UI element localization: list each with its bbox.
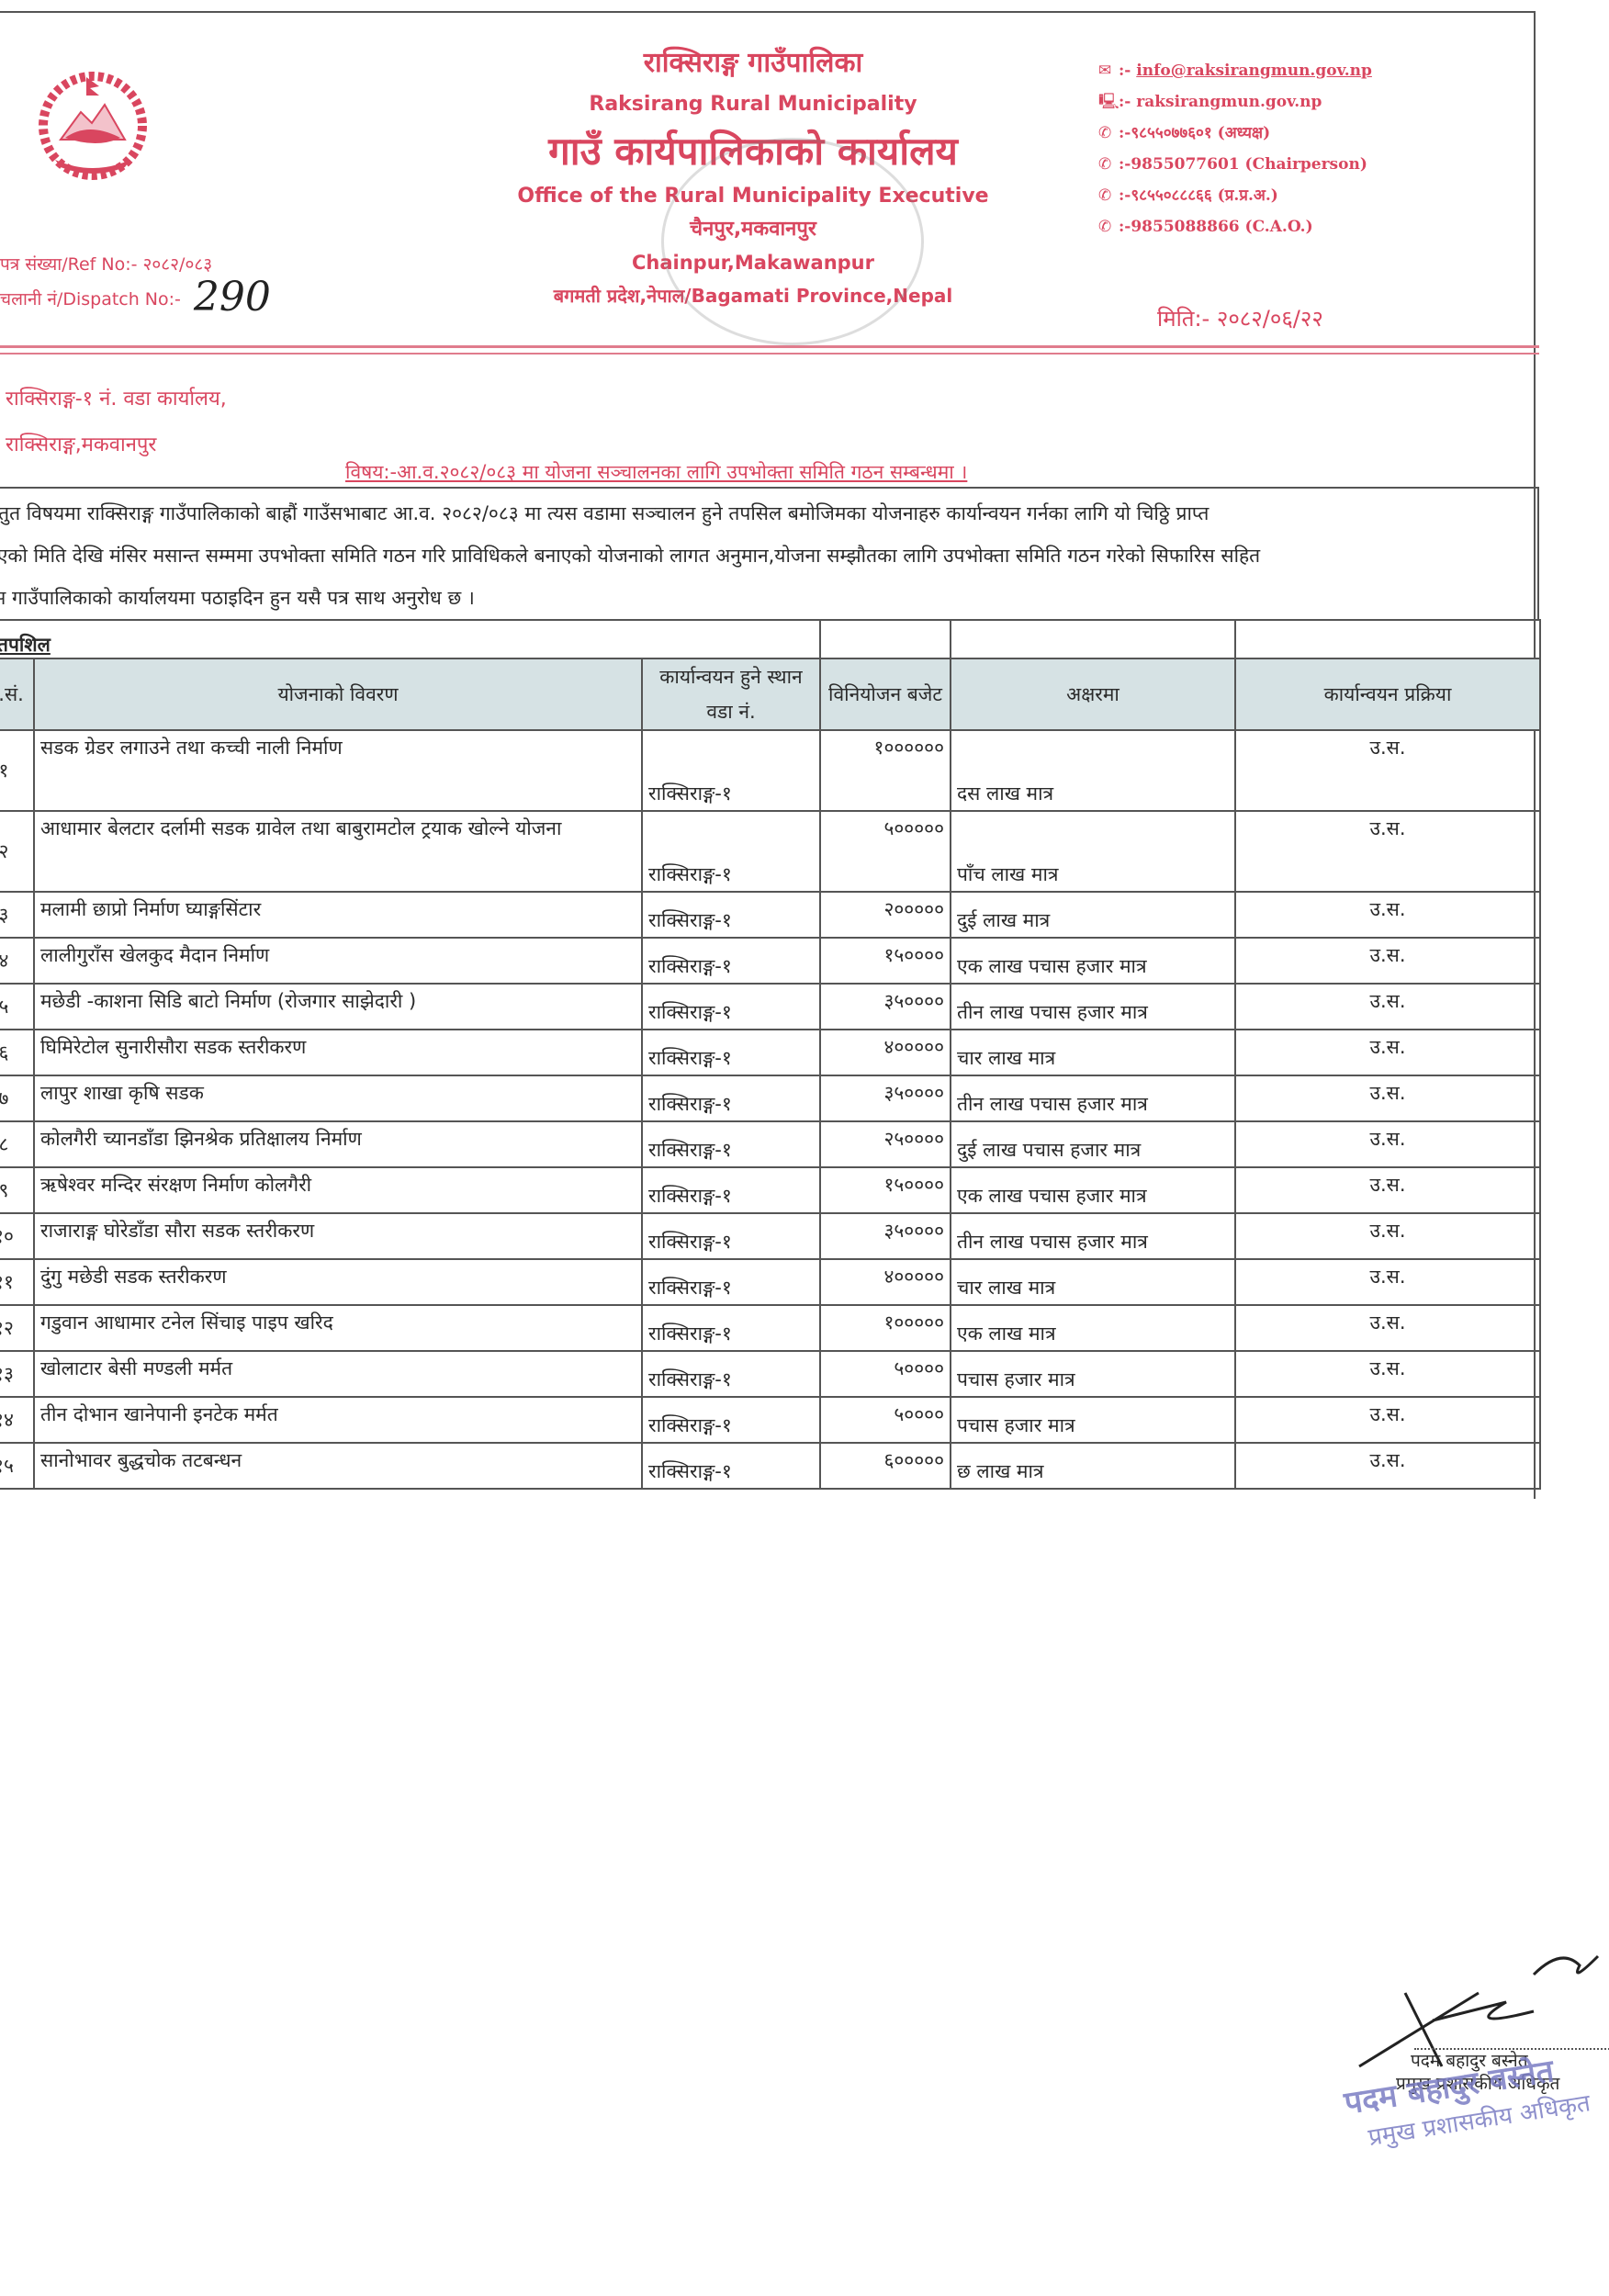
cell-description: सडक ग्रेडर लगाउने तथा कच्ची नाली निर्माण: [34, 730, 642, 811]
cell-budget: ४०००००: [820, 1259, 951, 1305]
phone-icon: ✆: [1098, 118, 1119, 149]
cell-ward: राक्सिराङ्ग-१: [642, 1075, 820, 1121]
cell-ward: राक्सिराङ्ग-१: [642, 1351, 820, 1397]
cell-description: तीन दोभान खानेपानी इनटेक मर्मत: [34, 1397, 642, 1443]
cell-process: उ.स.: [1235, 1397, 1540, 1443]
contact-email-row: ✉:- info@raksirangmun.gov.np: [1098, 55, 1372, 86]
cell-sn: ८: [0, 1121, 34, 1167]
cell-process: उ.स.: [1235, 1351, 1540, 1397]
cell-in-words: दुई लाख मात्र: [951, 892, 1235, 938]
col-header-budget: विनियोजन बजेट: [820, 658, 951, 730]
cell-in-words: तीन लाख पचास हजार मात्र: [951, 1213, 1235, 1259]
cell-sn: ५: [0, 984, 34, 1030]
envelope-icon: ✉: [1098, 55, 1119, 86]
cell-description: घिमिरेटोल सुनारीसौरा सडक स्तरीकरण: [34, 1030, 642, 1075]
cell-ward: राक्सिराङ्ग-१: [642, 938, 820, 984]
table-row: १०राजाराङ्ग घोरेडाँडा सौरा सडक स्तरीकरणर…: [0, 1213, 1540, 1259]
project-table: तपशिल क्र.सं. योजनाको विवरण कार्यान्वयन …: [0, 619, 1541, 1490]
table-row: ८कोलगैरी च्यानडाँडा झिनश्रेक प्रतिक्षालय…: [0, 1121, 1540, 1167]
cell-description: लापुर शाखा कृषि सडक: [34, 1075, 642, 1121]
cell-in-words: चार लाख मात्र: [951, 1030, 1235, 1075]
cell-process: उ.स.: [1235, 1305, 1540, 1351]
cell-process: उ.स.: [1235, 1167, 1540, 1213]
header-divider: [0, 345, 1539, 348]
contact-phone-row: ✆:-९८५५०८८८६६ (प्र.प्र.अ.): [1098, 180, 1372, 211]
cell-sn: १३: [0, 1351, 34, 1397]
cell-in-words: छ लाख मात्र: [951, 1443, 1235, 1489]
cell-in-words: पचास हजार मात्र: [951, 1397, 1235, 1443]
cell-process: उ.स.: [1235, 1030, 1540, 1075]
col-header-process: कार्यान्वयन प्रक्रिया: [1235, 658, 1540, 730]
contact-block: ✉:- info@raksirangmun.gov.np 🖳:- raksira…: [1098, 55, 1372, 242]
cell-ward: राक्सिराङ्ग-१: [642, 1167, 820, 1213]
cell-budget: २०००००: [820, 892, 951, 938]
body-paragraph: प्रस्तुत विषयमा राक्सिराङ्ग गाउँपालिकाको…: [0, 492, 1534, 619]
cell-budget: १५००००: [820, 938, 951, 984]
location-en: Chainpur,Makawanpur: [496, 246, 1010, 279]
cell-description: खोलाटार बेसी मण्डली मर्मत: [34, 1351, 642, 1397]
phone-icon: ✆: [1098, 180, 1119, 211]
cell-ward: राक्सिराङ्ग-१: [642, 1259, 820, 1305]
cell-budget: १०००००: [820, 1305, 951, 1351]
col-header-sn: क्र.सं.: [0, 658, 34, 730]
cell-in-words: पाँच लाख मात्र: [951, 811, 1235, 892]
cell-process: उ.स.: [1235, 892, 1540, 938]
cell-sn: ६: [0, 1030, 34, 1075]
cell-ward: राक्सिराङ्ग-१: [642, 984, 820, 1030]
cell-description: मछेडी -काशना सिडि बाटो निर्माण (रोजगार स…: [34, 984, 642, 1030]
nepal-emblem-icon: [33, 66, 152, 186]
contact-phone-row: ✆:-९८५५०७७६०१ (अध्यक्ष): [1098, 118, 1372, 149]
cell-description: लालीगुराँस खेलकुद मैदान निर्माण: [34, 938, 642, 984]
cell-ward: राक्सिराङ्ग-१: [642, 1030, 820, 1075]
table-row: १५सानोभावर बुद्धचोक तटबन्धनराक्सिराङ्ग-१…: [0, 1443, 1540, 1489]
table-row: १३खोलाटार बेसी मण्डली मर्मतराक्सिराङ्ग-१…: [0, 1351, 1540, 1397]
table-row: ५मछेडी -काशना सिडि बाटो निर्माण (रोजगार …: [0, 984, 1540, 1030]
letterhead: राक्सिराङ्ग गाउँपालिका Raksirang Rural M…: [496, 44, 1010, 312]
cell-budget: ३५००००: [820, 1075, 951, 1121]
cell-in-words: चार लाख मात्र: [951, 1259, 1235, 1305]
cell-budget: २५००००: [820, 1121, 951, 1167]
cell-process: उ.स.: [1235, 1443, 1540, 1489]
office-name-np: गाउँ कार्यपालिकाको कार्यालय: [496, 123, 1010, 180]
cell-budget: १००००००: [820, 730, 951, 811]
cell-process: उ.स.: [1235, 938, 1540, 984]
cell-process: उ.स.: [1235, 1121, 1540, 1167]
municipality-name-en: Raksirang Rural Municipality: [496, 86, 1010, 123]
cell-ward: राक्सिराङ्ग-१: [642, 1443, 820, 1489]
cell-description: सानोभावर बुद्धचोक तटबन्धन: [34, 1443, 642, 1489]
table-row: ११दुंगु मछेडी सडक स्तरीकरणराक्सिराङ्ग-१४…: [0, 1259, 1540, 1305]
col-header-in-words: अक्षरमा: [951, 658, 1235, 730]
cell-ward: राक्सिराङ्ग-१: [642, 730, 820, 811]
cell-budget: ४०००००: [820, 1030, 951, 1075]
cell-sn: १२: [0, 1305, 34, 1351]
table-row: ४लालीगुराँस खेलकुद मैदान निर्माणराक्सिरा…: [0, 938, 1540, 984]
cell-sn: ३: [0, 892, 34, 938]
cell-in-words: दस लाख मात्र: [951, 730, 1235, 811]
contact-web-row: 🖳:- raksirangmun.gov.np: [1098, 86, 1372, 118]
col-header-description: योजनाको विवरण: [34, 658, 642, 730]
letter-date: मिति:- २०८२/०६/२२: [1157, 303, 1323, 333]
cell-sn: १: [0, 730, 34, 811]
contact-phone-row: ✆:-9855088866 (C.A.O.): [1098, 211, 1372, 242]
table-row: १४तीन दोभान खानेपानी इनटेक मर्मतराक्सिरा…: [0, 1397, 1540, 1443]
table-row: ३मलामी छाप्रो निर्माण घ्याङ्गसिंटारराक्स…: [0, 892, 1540, 938]
cell-in-words: एक लाख पचास हजार मात्र: [951, 938, 1235, 984]
subject-line: विषय:-आ.व.२०८२/०८३ मा योजना सञ्चालनका ला…: [345, 459, 967, 485]
cell-description: गडुवान आधामार टनेल सिंचाइ पाइप खरिद: [34, 1305, 642, 1351]
cell-description: आधामार बेलटार दर्लामी सडक ग्रावेल तथा बा…: [34, 811, 642, 892]
email-link[interactable]: info@raksirangmun.gov.np: [1136, 62, 1372, 80]
cell-sn: ११: [0, 1259, 34, 1305]
table-caption-row: तपशिल: [0, 619, 1540, 658]
table-row: २आधामार बेलटार दर्लामी सडक ग्रावेल तथा ब…: [0, 811, 1540, 892]
cell-process: उ.स.: [1235, 811, 1540, 892]
cell-in-words: दुई लाख पचास हजार मात्र: [951, 1121, 1235, 1167]
recipient-address: राक्सिराङ्ग-१ नं. वडा कार्यालय, राक्सिरा…: [6, 377, 227, 468]
dispatch-handwritten: 290: [194, 274, 271, 321]
cell-process: उ.स.: [1235, 730, 1540, 811]
cell-process: उ.स.: [1235, 984, 1540, 1030]
cell-description: ऋषेश्वर मन्दिर संरक्षण निर्माण कोलगैरी: [34, 1167, 642, 1213]
cell-in-words: एक लाख मात्र: [951, 1305, 1235, 1351]
cell-ward: राक्सिराङ्ग-१: [642, 1213, 820, 1259]
table-row: १सडक ग्रेडर लगाउने तथा कच्ची नाली निर्मा…: [0, 730, 1540, 811]
table-caption: तपशिल: [0, 634, 51, 656]
phone-icon: ✆: [1098, 149, 1119, 180]
cell-budget: ५००००: [820, 1351, 951, 1397]
cell-budget: ५००००: [820, 1397, 951, 1443]
cell-process: उ.स.: [1235, 1213, 1540, 1259]
header-divider-secondary: [0, 353, 1539, 355]
col-header-ward: कार्यान्वयन हुने स्थान वडा नं.: [642, 658, 820, 730]
cell-sn: १०: [0, 1213, 34, 1259]
cell-ward: राक्सिराङ्ग-१: [642, 1305, 820, 1351]
cell-budget: ३५००००: [820, 984, 951, 1030]
cell-description: मलामी छाप्रो निर्माण घ्याङ्गसिंटार: [34, 892, 642, 938]
cell-description: राजाराङ्ग घोरेडाँडा सौरा सडक स्तरीकरण: [34, 1213, 642, 1259]
cell-in-words: एक लाख पचास हजार मात्र: [951, 1167, 1235, 1213]
phone-icon: ✆: [1098, 211, 1119, 242]
cell-ward: राक्सिराङ्ग-१: [642, 1121, 820, 1167]
cell-budget: ३५००००: [820, 1213, 951, 1259]
province: बगमती प्रदेश,नेपाल/Bagamati Province,Nep…: [496, 279, 1010, 312]
computer-icon: 🖳: [1098, 86, 1119, 118]
cell-ward: राक्सिराङ्ग-१: [642, 892, 820, 938]
cell-budget: ६०००००: [820, 1443, 951, 1489]
cell-sn: १४: [0, 1397, 34, 1443]
cell-ward: राक्सिराङ्ग-१: [642, 811, 820, 892]
municipality-name-np: राक्सिराङ्ग गाउँपालिका: [496, 44, 1010, 83]
cell-description: दुंगु मछेडी सडक स्तरीकरण: [34, 1259, 642, 1305]
table-header-row: क्र.सं. योजनाको विवरण कार्यान्वयन हुने स…: [0, 658, 1540, 730]
table-row: १२गडुवान आधामार टनेल सिंचाइ पाइप खरिदराक…: [0, 1305, 1540, 1351]
cell-in-words: पचास हजार मात्र: [951, 1351, 1235, 1397]
office-name-en: Office of the Rural Municipality Executi…: [496, 180, 1010, 213]
cell-ward: राक्सिराङ्ग-१: [642, 1397, 820, 1443]
cell-sn: ७: [0, 1075, 34, 1121]
table-row: ६घिमिरेटोल सुनारीसौरा सडक स्तरीकरणराक्सि…: [0, 1030, 1540, 1075]
dispatch-number: चलानी नं/Dispatch No:-290: [0, 281, 271, 316]
cell-in-words: तीन लाख पचास हजार मात्र: [951, 984, 1235, 1030]
cell-sn: ९: [0, 1167, 34, 1213]
contact-phone-row: ✆:-9855077601 (Chairperson): [1098, 149, 1372, 180]
cell-description: कोलगैरी च्यानडाँडा झिनश्रेक प्रतिक्षालय …: [34, 1121, 642, 1167]
cell-process: उ.स.: [1235, 1075, 1540, 1121]
cell-process: उ.स.: [1235, 1259, 1540, 1305]
table-row: ९ऋषेश्वर मन्दिर संरक्षण निर्माण कोलगैरीर…: [0, 1167, 1540, 1213]
cell-budget: ५०००००: [820, 811, 951, 892]
website-link[interactable]: raksirangmun.gov.np: [1136, 93, 1322, 111]
cell-budget: १५००००: [820, 1167, 951, 1213]
cell-sn: १५: [0, 1443, 34, 1489]
cell-sn: ४: [0, 938, 34, 984]
location-np: चैनपुर,मकवानपुर: [496, 213, 1010, 246]
reference-block: पत्र संख्या/Ref No:- २०८२/०८३ चलानी नं/D…: [0, 248, 271, 316]
table-row: ७लापुर शाखा कृषि सडकराक्सिराङ्ग-१३५००००त…: [0, 1075, 1540, 1121]
cell-in-words: तीन लाख पचास हजार मात्र: [951, 1075, 1235, 1121]
cell-sn: २: [0, 811, 34, 892]
